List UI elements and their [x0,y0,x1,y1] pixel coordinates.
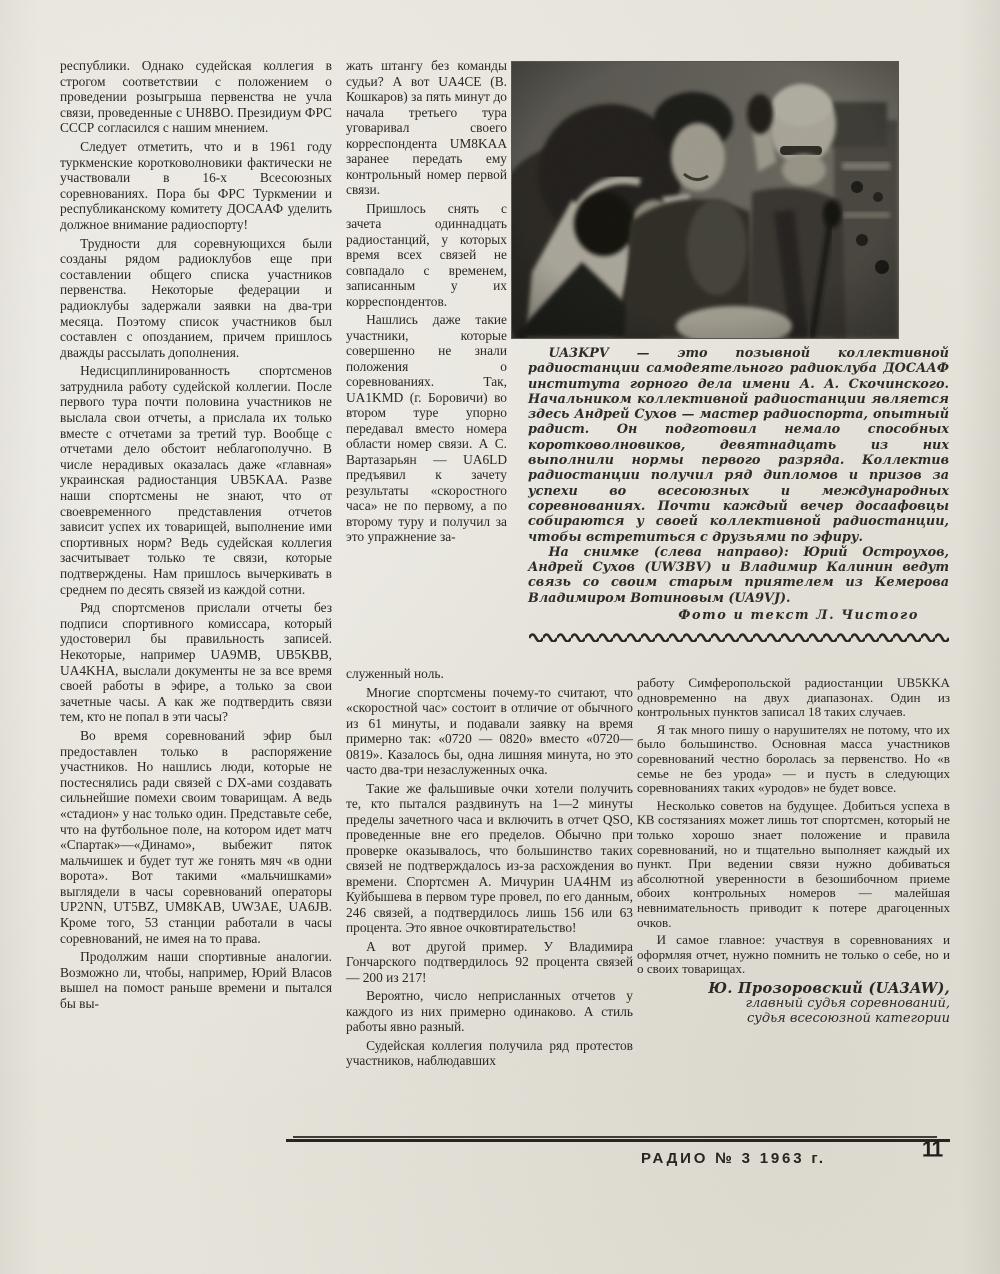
paragraph: На снимке (слева направо): Юрий Остроухо… [528,545,949,606]
paragraph: Я так много пишу о нарушителях не потому… [637,723,950,796]
paragraph: Пришлось снять с зачета одиннадцать ради… [346,201,507,310]
paragraph: служенный ноль. [346,666,633,682]
paragraph: UA3KPV — это позывной коллективной радио… [528,346,949,545]
paragraph: И самое главное: участвуя в соревнования… [637,933,950,977]
paragraph: Судейская коллегия получила ряд протесто… [346,1038,633,1069]
signature-author: Ю. Прозоровский (UA3AW), [637,982,950,997]
footer-journal-title: РАДИО № 3 1963 г. [641,1150,826,1167]
paragraph: Нашлись даже такие участники, которые со… [346,312,507,545]
signature-block: Ю. Прозоровский (UA3AW), главный судья с… [637,982,950,1027]
paragraph: Такие же фальшивые очки хотели получить … [346,781,633,936]
column-middle-bottom: служенный ноль.Многие спортсмены почему-… [346,666,633,1072]
caption-text: UA3KPV — это позывной коллективной радио… [528,346,949,606]
paragraph: жать штангу без команды судьи? А вот UA4… [346,58,507,198]
magazine-page: республики. Однако судейская коллегия в … [0,0,1000,1274]
paragraph: республики. Однако судейская коллегия в … [60,58,332,136]
wavy-divider [529,630,949,642]
paragraph: Ряд спортсменов прислали отчеты без подп… [60,600,332,725]
footer-rule-thin [293,1136,937,1138]
paragraph: Многие спортсмены почему-то считают, что… [346,685,633,778]
paragraph: Несколько советов на будущее. Добиться у… [637,799,950,930]
column-middle-top: жать штангу без команды судьи? А вот UA4… [346,58,507,548]
footer-rule [286,1136,950,1142]
photo-caption: UA3KPV — это позывной коллективной радио… [528,346,949,623]
paragraph: Трудности для соревнующихся были созданы… [60,236,332,361]
photo [512,62,898,338]
footer-page-number: 11 [922,1137,942,1162]
paragraph: Во время соревнований эфир был предостав… [60,728,332,946]
footer-rule-thick [286,1139,950,1142]
column-right: работу Симферопольской радиостанции UB5K… [637,676,950,1026]
paragraph: Вероятно, число неприсланных отчетов у к… [346,988,633,1035]
paragraph: А вот другой пример. У Владимира Гончарс… [346,939,633,986]
column-right-text: работу Симферопольской радиостанции UB5K… [637,676,950,977]
column-left: республики. Однако судейская коллегия в … [60,58,332,1015]
signature-role-2: судья всесоюзной категории [637,1011,950,1026]
signature-role-1: главный судья соревнований, [637,996,950,1011]
photo-illustration [512,62,898,338]
paragraph: Недисциплинированность спортсменов затру… [60,363,332,597]
paragraph: Продолжим наши спортивные аналогии. Возм… [60,949,332,1011]
paragraph: Следует отметить, что и в 1961 году турк… [60,139,332,233]
photo-credit: Фото и текст Л. Чистого [528,608,949,623]
paragraph: работу Симферопольской радиостанции UB5K… [637,676,950,720]
